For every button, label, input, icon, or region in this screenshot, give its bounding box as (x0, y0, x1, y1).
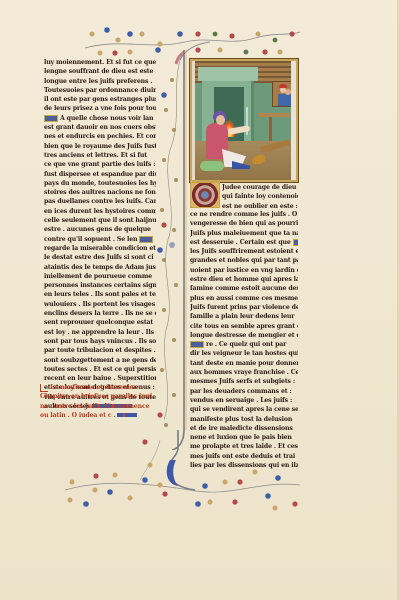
rubric-line: ne contre les Juifs. Et commence (40, 402, 158, 411)
text-line: longue destresse de mengier et de boi (190, 331, 298, 340)
text-line-content: contre qu'il sopuent . Se len (44, 236, 137, 243)
text-line: enclins deuers la terre . Ils ne se o (44, 309, 156, 318)
blue-initial (293, 239, 298, 246)
text-line: Judee courage de dieu : (222, 183, 298, 192)
text-line: celle seulement que il sont haijnu (44, 216, 156, 225)
text-line: Juifs furent prins par violence de (190, 303, 298, 312)
table (258, 113, 290, 117)
rubric-line-content: ou latin . O iudea et c . (40, 412, 115, 419)
text-line: qui fainte loy contenoient (222, 192, 298, 201)
text-line: iniellement de pourueue comme (44, 272, 156, 281)
text-line: famine comme estoit aucune des diuis (190, 284, 298, 293)
text-line-content: re . Ce quelz qui ont par (206, 341, 286, 348)
right-text-column: ce ne rendre comme les juifs . O iuifz v… (190, 210, 298, 470)
text-line-content: est desseruie . Certain est que (190, 239, 291, 246)
cushion (200, 161, 224, 171)
text-line: sont soubzgettement a ne gens de : (44, 356, 156, 365)
text-line: il ont este par gens estranges pluseurs (44, 95, 156, 104)
text-line: me prolapte et tres laide . Et ces mes (190, 442, 298, 451)
text-line: pas duellanes contre les iuifs. Car (44, 197, 156, 206)
text-line: pays du monde, toutesuoies les hy (44, 179, 156, 188)
text-line: en ices durent les hystoires comme (44, 207, 156, 216)
text-line: sont par tous hays vnincus . Ils sont (44, 337, 156, 346)
text-line: qui se vendirent apres la cene se (190, 405, 298, 414)
miniature-illustration (190, 59, 298, 182)
text-line-content: A quelle chose nous voir lan (60, 115, 153, 122)
text-line: aux hommes vraye franchise . Ces (190, 368, 298, 377)
blue-initial (139, 236, 153, 243)
text-line: lies par les dissensions qui en ilz. (190, 461, 298, 470)
chimney-hood (198, 67, 258, 81)
left-text-column: luy moiennement. Et si fut ce que la len… (44, 58, 156, 411)
text-line: est grant dauoir en nos cuers obsti (44, 123, 156, 132)
text-line: fust dispersee et espandue par diuis (44, 170, 156, 179)
text-line: Toutesuoies par ordonnance diuine (44, 86, 156, 95)
text-line: wulouiers . Ils portent les visages (44, 300, 156, 309)
text-line: recent en leur baiue . Superstition (44, 374, 156, 383)
text-line: grandes et nobles qui par tant pau (190, 256, 298, 265)
text-line: regarde la miserable condicion et (44, 244, 156, 253)
text-line: uoient par iustice en vng iardin dedia (190, 266, 298, 275)
text-line: estre dieu et homme qui apres la : (190, 275, 298, 284)
text-line: dir les veigneur le tan hostes qui est (190, 349, 298, 358)
chapter-heading-rubric: Le neufiesme et derrenier : Chapitre en … (40, 383, 158, 420)
text-line: tant deste en manie pour donner (190, 359, 298, 368)
text-line: nene et luxion que le pais bien (190, 433, 298, 442)
center-vine-border (152, 50, 192, 450)
text-line: par les deuaders commans et : (190, 387, 298, 396)
frame-pillar-right (291, 61, 296, 180)
rubric-line: Chapitre en briefues parolles inui (40, 392, 158, 401)
text-line: de leurs prisez a vne fois pour toutes (44, 104, 156, 113)
rubric-line: ou latin . O iudea et c . (40, 411, 158, 420)
text-line: vendus en seruaige . Les juifs : (190, 396, 298, 405)
text-line: par toute tribulacion et despites . Ils … (44, 346, 156, 355)
manuscript-page: luy moiennement. Et si fut ce que la len… (0, 0, 400, 600)
text-line: ce ne rendre comme les juifs . O iuifz (190, 210, 298, 219)
text-line: les Juifs souffrirement estoient en (190, 247, 298, 256)
text-line-with-initial: re . Ce quelz qui ont par (190, 340, 298, 349)
text-line: cite tous en semble apres grant et (190, 322, 298, 331)
text-line-with-initial: est desseruie . Certain est que (190, 238, 298, 247)
decorated-initial (190, 182, 220, 208)
rubric-initial (40, 384, 48, 392)
rubric-line-content: Le neufiesme et derrenier : (50, 384, 141, 391)
text-line: famille a plain leur dedens leur (190, 312, 298, 321)
text-line: en leurs teles . Ils sont pales et tel (44, 290, 156, 299)
seated-figure-head (216, 115, 225, 125)
text-line: lengne souffrant de dieu est este : (44, 67, 156, 76)
text-line: mes juifs ont este deduis et trai (190, 452, 298, 461)
text-line: vengeresse de bien qui as pourri les : (190, 219, 298, 228)
text-line: sent reprouuer quelconque estat (44, 318, 156, 327)
text-line: et de ire maledicte dissensions (190, 424, 298, 433)
text-line-with-initial: contre qu'il sopuent . Se len (44, 235, 156, 244)
text-line: le destat estre des Juifs si sont ci (44, 253, 156, 262)
text-line: estre . aucunes gens de quelque (44, 225, 156, 234)
text-line: ataintis des le temps de Adam jusqu'a (44, 263, 156, 272)
table-leg (269, 117, 272, 141)
right-text-column-top: Judee courage de dieu : qui fainte loy c… (222, 183, 298, 211)
text-line: stoires des aultres nacions ne font : (44, 188, 156, 197)
text-line: est loy . ne apprendre la leur . Ils : (44, 328, 156, 337)
text-line: nes et endurcis en pechies. Et com (44, 132, 156, 141)
text-line: personnes instances certains signes (44, 281, 156, 290)
line-filler-ornament (117, 413, 137, 417)
text-line: mesmes Juifs serfs et subgiets : (190, 377, 298, 386)
text-line: manifeste plus tost la delusion (190, 415, 298, 424)
onlooker-hat (279, 84, 287, 88)
text-line: bien que le royaume des Juifs fust (44, 142, 156, 151)
text-line: tres anciens et lettres. Et si fut (44, 151, 156, 160)
frame-pillar-left (192, 61, 195, 180)
blue-initial (44, 115, 58, 122)
onlooker-figures (278, 94, 291, 106)
text-line: luy moiennement. Et si fut ce que la (44, 58, 156, 67)
text-line: Juifs plus maleiuement que ta nature (190, 229, 298, 238)
blue-initial (190, 341, 204, 348)
text-line: plus en aussi comme ces mesmes (190, 294, 298, 303)
rubric-line: Le neufiesme et derrenier : (40, 383, 158, 392)
text-line: longue entre les juifs preferens . (44, 77, 156, 86)
text-line: ce que vne grant partie des iuifs : (44, 160, 156, 169)
text-line: toutes sectes . Et est ce qui persiste (44, 365, 156, 374)
text-line-with-initial: A quelle chose nous voir lan (44, 114, 156, 123)
